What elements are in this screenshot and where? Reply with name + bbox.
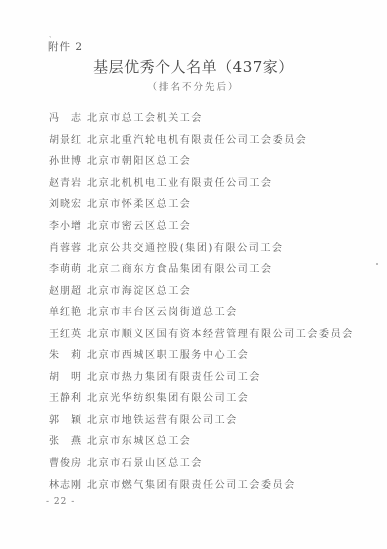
person-name: 肖蓉蓉 (49, 239, 87, 254)
work-unit: 北京市朝阳区总工会 (87, 152, 191, 167)
work-unit: 北京二商东方食品集团有限公司工会 (87, 260, 273, 275)
list-item: 朱 莉北京市西城区职工服务中心工会 (49, 343, 354, 365)
list-item: 林志刚北京市燃气集团有限责任公司工会委员会 (49, 472, 354, 494)
person-name: 冯 志 (49, 109, 87, 124)
person-name: 王静利 (49, 389, 87, 404)
work-unit: 北京公共交通控股(集团)有限公司工会 (87, 239, 284, 254)
person-name: 刘晓宏 (49, 195, 87, 210)
page-title: 基层优秀个人名单（437家） (0, 56, 387, 77)
work-unit: 北京市海淀区总工会 (87, 282, 191, 297)
person-name: 林志刚 (49, 476, 87, 491)
person-name: 李小增 (49, 217, 87, 232)
person-name: 胡 明 (49, 368, 87, 383)
punctuation-mark: 、 (49, 30, 55, 39)
list-item: 肖蓉蓉北京公共交通控股(集团)有限公司工会 (49, 235, 354, 257)
work-unit: 北京北重汽轮电机有限责任公司工会委员会 (87, 131, 307, 146)
person-name: 朱 莉 (49, 346, 87, 361)
work-unit: 北京市东城区总工会 (87, 432, 191, 447)
person-name: 胡景红 (49, 131, 87, 146)
list-item: 赵朋超北京市海淀区总工会 (49, 278, 354, 300)
list-item: 胡景红北京北重汽轮电机有限责任公司工会委员会 (49, 128, 354, 150)
honoree-list: 冯 志北京市总工会机关工会 胡景红北京北重汽轮电机有限责任公司工会委员会 孙世博… (49, 106, 354, 494)
person-name: 李萌萌 (49, 260, 87, 275)
work-unit: 北京市地铁运营有限公司工会 (87, 411, 238, 426)
work-unit: 北京市顺义区国有资本经营管理有限公司工会委员会 (87, 325, 354, 340)
document-page: 、 附件 2 基层优秀个人名单（437家） （排名不分先后） 冯 志北京市总工会… (0, 0, 387, 549)
list-item: 孙世博北京市朝阳区总工会 (49, 149, 354, 171)
list-item: 王红英北京市顺义区国有资本经营管理有限公司工会委员会 (49, 321, 354, 343)
scan-speck (376, 263, 378, 265)
list-item: 曹俊房北京市石景山区总工会 (49, 451, 354, 473)
person-name: 曹俊房 (49, 454, 87, 469)
work-unit: 北京光华纺织集团有限公司工会 (87, 389, 249, 404)
work-unit: 北京市石景山区总工会 (87, 454, 203, 469)
list-item: 冯 志北京市总工会机关工会 (49, 106, 354, 128)
page-number: - 22 - (46, 497, 75, 507)
person-name: 单红艳 (49, 303, 87, 318)
page-subtitle: （排名不分先后） (0, 79, 387, 93)
list-item: 王静利北京光华纺织集团有限公司工会 (49, 386, 354, 408)
attachment-label: 附件 2 (48, 39, 83, 54)
work-unit: 北京市总工会机关工会 (87, 109, 203, 124)
list-item: 李萌萌北京二商东方食品集团有限公司工会 (49, 257, 354, 279)
work-unit: 北京北机机电工业有限责任公司工会 (87, 174, 273, 189)
person-name: 张 燕 (49, 432, 87, 447)
person-name: 赵青岩 (49, 174, 87, 189)
list-item: 胡 明北京市热力集团有限责任公司工会 (49, 365, 354, 387)
list-item: 李小增北京市密云区总工会 (49, 214, 354, 236)
list-item: 郭 颖北京市地铁运营有限公司工会 (49, 408, 354, 430)
work-unit: 北京市西城区职工服务中心工会 (87, 346, 249, 361)
person-name: 王红英 (49, 325, 87, 340)
work-unit: 北京市燃气集团有限责任公司工会委员会 (87, 476, 296, 491)
person-name: 赵朋超 (49, 282, 87, 297)
person-name: 郭 颖 (49, 411, 87, 426)
list-item: 单红艳北京市丰台区云岗街道总工会 (49, 300, 354, 322)
work-unit: 北京市热力集团有限责任公司工会 (87, 368, 261, 383)
list-item: 赵青岩北京北机机电工业有限责任公司工会 (49, 171, 354, 193)
work-unit: 北京市密云区总工会 (87, 217, 191, 232)
work-unit: 北京市怀柔区总工会 (87, 195, 191, 210)
work-unit: 北京市丰台区云岗街道总工会 (87, 303, 238, 318)
list-item: 张 燕北京市东城区总工会 (49, 429, 354, 451)
list-item: 刘晓宏北京市怀柔区总工会 (49, 192, 354, 214)
person-name: 孙世博 (49, 152, 87, 167)
